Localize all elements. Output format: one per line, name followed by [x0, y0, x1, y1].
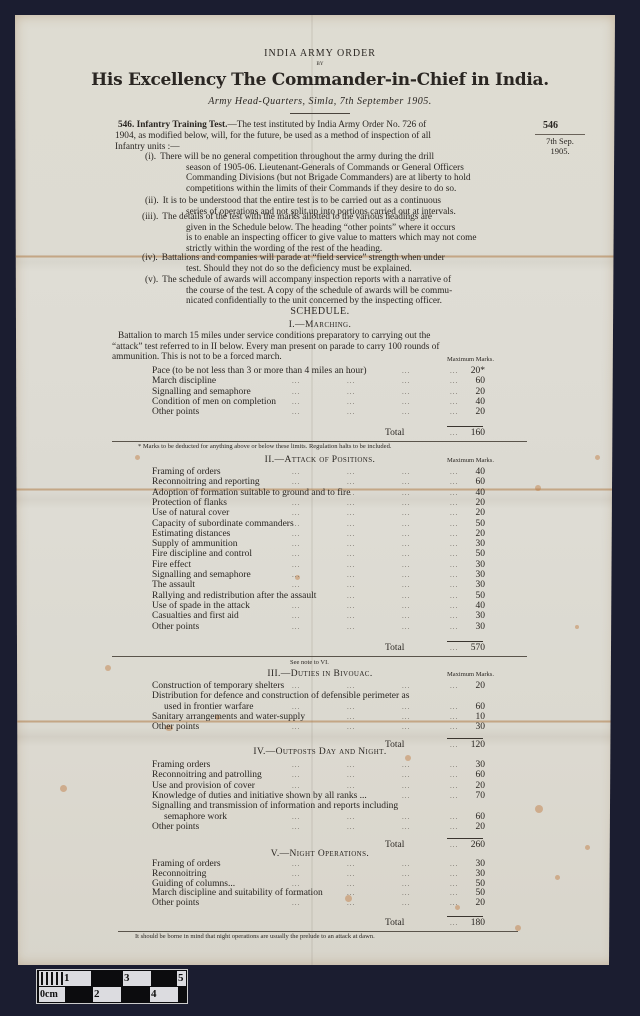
clause-line: nicated confidentially to the unit conce…: [186, 296, 442, 307]
section-title: V.—Night Operations.: [0, 849, 640, 859]
section-title: III.—Duties in Bivouac.: [0, 669, 640, 679]
total-rule: [447, 426, 483, 427]
clause-number: (i).: [145, 152, 156, 162]
clause-text: Battalions and companies will parade at …: [162, 253, 445, 263]
order-title: 546. Infantry Training Test.: [118, 120, 227, 130]
item-marks: 30: [457, 722, 485, 733]
location-date: Army Head-Quarters, Simla, 7th September…: [0, 96, 640, 107]
clause-number: (v).: [145, 275, 158, 285]
section-title: II.—Attack of Positions.: [0, 455, 640, 465]
total-row: Total...160: [152, 428, 492, 439]
margin-order-number: 546: [543, 120, 558, 131]
item-marks: 20: [457, 407, 485, 418]
by-label: BY: [0, 62, 640, 67]
clause-line: (v).The schedule of awards will accompan…: [145, 275, 451, 286]
total-row: Total...180: [152, 918, 492, 929]
schedule-row: Other points............20: [152, 822, 492, 833]
item-label: Other points: [152, 622, 199, 633]
item-marks: 20: [457, 822, 485, 833]
section-total: 570: [457, 643, 485, 654]
order-intro-line: Infantry units :—: [115, 142, 180, 153]
scale-bar: 1 3 5 0cm 2 4: [36, 969, 188, 1004]
scale-label: 5: [177, 971, 186, 986]
clause-text: There will be no general competition thr…: [160, 152, 434, 162]
item-label: Other points: [152, 898, 199, 909]
order-intro-line: 1904, as modified below, will, for the f…: [115, 131, 431, 142]
clause-number: (ii).: [145, 196, 159, 206]
total-rule: [447, 916, 483, 917]
order-type-heading: INDIA ARMY ORDER: [0, 48, 640, 59]
footnote: See note to VI.: [290, 659, 329, 666]
clause-line: season of 1905-06. Lieutenant-Generals o…: [186, 163, 464, 174]
schedule-row: Other points............20: [152, 898, 492, 909]
total-label: Total: [385, 428, 404, 439]
footnote: It should be borne in mind that night op…: [135, 933, 375, 940]
clause-line: competitions within the limits of their …: [186, 184, 456, 195]
clause-line: (iii).The details of the test with the m…: [142, 212, 432, 223]
schedule-title: SCHEDULE.: [0, 306, 640, 317]
section-intro-line: ammunition. This is not to be a forced m…: [112, 352, 282, 363]
total-row: Total...570: [152, 643, 492, 654]
schedule-row: Other points............30: [152, 622, 492, 633]
section-title: I.—Marching.: [0, 320, 640, 330]
max-marks-header: Maximum Marks.: [447, 671, 494, 678]
margin-date: 7th Sep. 1905.: [535, 137, 585, 156]
divider: [535, 134, 585, 135]
total-rule: [447, 641, 483, 642]
footnote: * Marks to be deducted for anything abov…: [138, 443, 391, 450]
scale-label: 0cm: [39, 987, 65, 1002]
clause-text: The schedule of awards will accompany in…: [162, 275, 451, 285]
scale-label: 1: [63, 971, 91, 986]
divider: [112, 441, 527, 442]
issuer-title: His Excellency The Commander-in-Chief in…: [0, 70, 640, 90]
clause-number: (iv).: [142, 253, 158, 263]
divider: [118, 931, 518, 932]
section-intro-line: “attack” test referred to in II below. E…: [112, 342, 440, 353]
divider: [290, 113, 350, 114]
total-rule: [447, 838, 483, 839]
scale-label: 3: [123, 971, 151, 986]
clause-line: is to enable an inspecting officer to gi…: [186, 233, 477, 244]
section-title: IV.—Outposts Day and Night.: [0, 747, 640, 757]
clause-number: (iii).: [142, 212, 158, 222]
clause-text: The details of the test with the marks a…: [162, 212, 432, 222]
schedule-row: Other points............20: [152, 407, 492, 418]
total-rule: [447, 738, 483, 739]
section-intro-line: Battalion to march 15 miles under servic…: [118, 331, 430, 342]
max-marks-header: Maximum Marks.: [447, 457, 494, 464]
section-total: 160: [457, 428, 485, 439]
clause-line: Commanding Divisions (but not Brigade Co…: [186, 173, 471, 184]
clause-line: given in the Schedule below. The heading…: [186, 223, 455, 234]
clause-line: the course of the test. A copy of the sc…: [186, 286, 452, 297]
clause-line: (iv).Battalions and companies will parad…: [142, 253, 445, 264]
section-total: 180: [457, 918, 485, 929]
total-label: Total: [385, 643, 404, 654]
item-label: Other points: [152, 407, 199, 418]
scale-ticks: [39, 971, 63, 986]
clause-text: It is to be understood that the entire t…: [163, 196, 441, 206]
item-marks: 20: [457, 898, 485, 909]
scale-label: 4: [150, 987, 178, 1002]
order-intro-line: 546. Infantry Training Test.—The test in…: [118, 120, 426, 131]
item-marks: 30: [457, 622, 485, 633]
clause-line: test. Should they not do so the deficien…: [186, 264, 412, 275]
clause-line: (ii).It is to be understood that the ent…: [145, 196, 441, 207]
intro-text: —The test instituted by India Army Order…: [227, 120, 426, 130]
max-marks-header: Maximum Marks.: [447, 356, 494, 363]
divider: [112, 656, 527, 657]
item-label: Other points: [152, 822, 199, 833]
clause-line: (i).There will be no general competition…: [145, 152, 434, 163]
margin-date-line: 1905.: [535, 147, 585, 157]
total-label: Total: [385, 918, 404, 929]
item-label: Other points: [152, 722, 199, 733]
schedule-row: Other points............30: [152, 722, 492, 733]
scale-label: 2: [93, 987, 121, 1002]
